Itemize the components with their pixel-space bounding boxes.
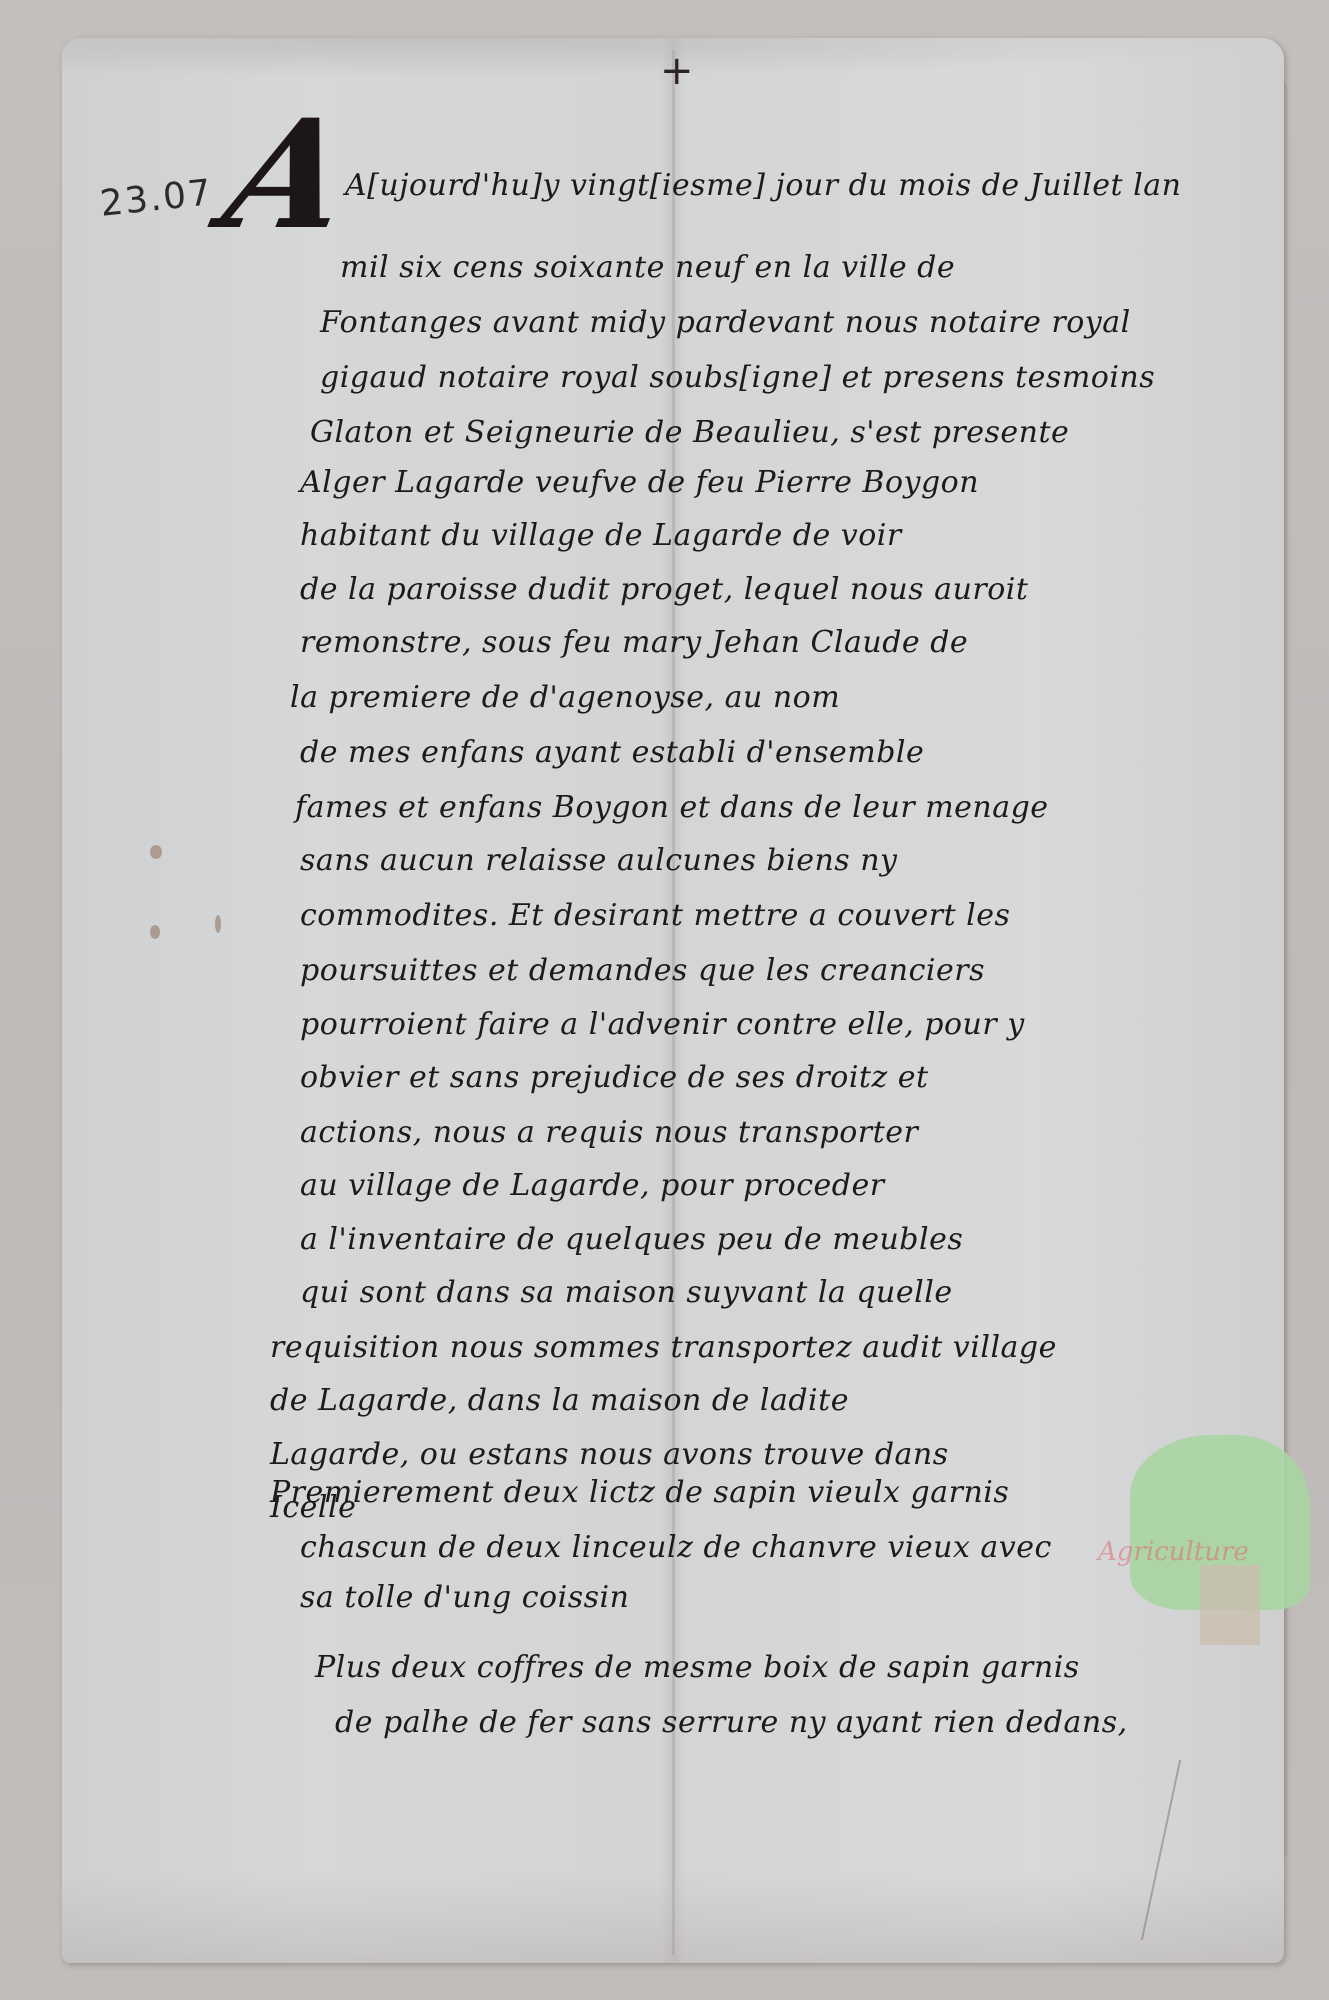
text-line: pourroient faire a l'advenir contre elle… — [300, 1007, 1025, 1042]
text-line: Lagarde, ou estans nous avons trouve dan… — [270, 1437, 949, 1472]
inventory-item-line: Premierement deux lictz de sapin vieulx … — [270, 1475, 1009, 1510]
text-line: obvier et sans prejudice de ses droitz e… — [300, 1060, 929, 1095]
inventory-item-line: chascun de deux linceulz de chanvre vieu… — [300, 1530, 1052, 1565]
text-line: au village de Lagarde, pour proceder — [300, 1168, 885, 1203]
text-line: A[ujourd'hu]y vingt[iesme] jour du mois … — [345, 168, 1181, 203]
page-marker: + — [660, 48, 694, 94]
text-line: habitant du village de Lagarde de voir — [300, 518, 902, 553]
text-line: Alger Lagarde veufve de feu Pierre Boygo… — [300, 465, 979, 500]
ink-spot — [215, 915, 221, 933]
text-line: gigaud notaire royal soubs[igne] et pres… — [320, 360, 1155, 395]
text-line: de mes enfans ayant establi d'ensemble — [300, 735, 924, 770]
archive-stamp: Agriculture — [1098, 1537, 1249, 1567]
text-line: Glaton et Seigneurie de Beaulieu, s'est … — [310, 415, 1069, 450]
text-line: Fontanges avant midy pardevant nous nota… — [320, 305, 1131, 340]
text-line: de Lagarde, dans la maison de ladite — [270, 1383, 849, 1418]
text-line: actions, nous a requis nous transporter — [300, 1115, 918, 1150]
text-line: commodites. Et desirant mettre a couvert… — [300, 898, 1010, 933]
text-line: la premiere de d'agenoyse, au nom — [290, 680, 840, 715]
text-line: qui sont dans sa maison suyvant la quell… — [300, 1275, 953, 1310]
text-line: requisition nous sommes transportez audi… — [270, 1330, 1057, 1365]
text-line: remonstre, sous feu mary Jehan Claude de — [300, 625, 968, 660]
inventory-item-line: de palhe de fer sans serrure ny ayant ri… — [335, 1705, 1128, 1740]
text-line: poursuittes et demandes que les creancie… — [300, 953, 985, 988]
inventory-item-line: Plus deux coffres de mesme boix de sapin… — [315, 1650, 1080, 1685]
inventory-item-line: sa tolle d'ung coissin — [300, 1580, 629, 1615]
text-line: mil six cens soixante neuf en la ville d… — [340, 250, 955, 285]
text-line: fames et enfans Boygon et dans de leur m… — [295, 790, 1049, 825]
ink-spot — [150, 845, 162, 859]
text-line: sans aucun relaisse aulcunes biens ny — [300, 843, 897, 878]
ink-spot — [150, 925, 160, 939]
text-line: de la paroisse dudit proget, lequel nous… — [300, 572, 1028, 607]
text-line: a l'inventaire de quelques peu de meuble… — [300, 1222, 963, 1257]
green-stain — [1130, 1435, 1310, 1610]
